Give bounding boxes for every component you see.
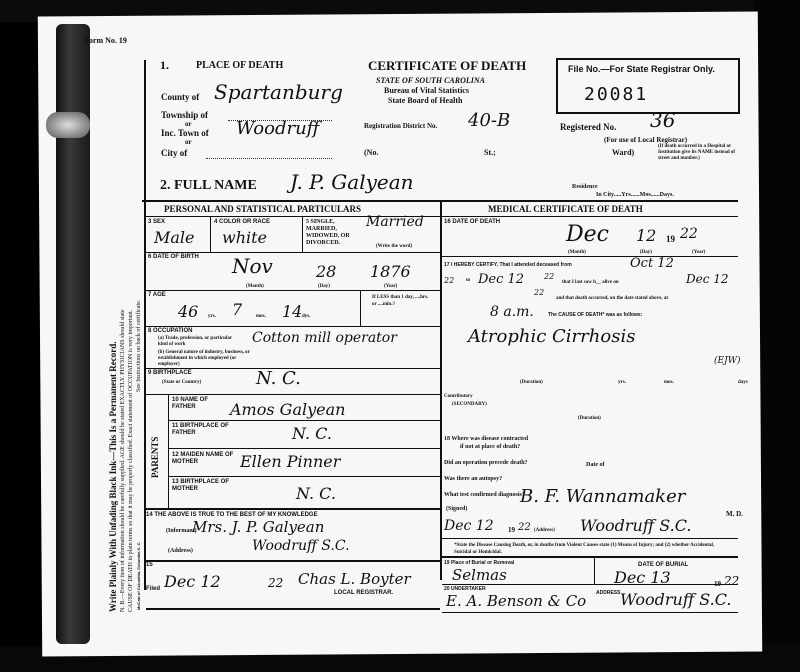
father-value: Amos Galyean: [230, 400, 345, 419]
to-label: to: [466, 278, 470, 283]
margin-instruction-ink: Write Plainly With Unfading Black Ink—Th…: [108, 341, 118, 612]
physician-initials: (EJW): [714, 356, 740, 366]
divider: [146, 290, 440, 291]
marital-note: (Write the word): [376, 244, 412, 249]
dob-month-label: (Month): [246, 284, 264, 289]
attended-from: Oct 12: [630, 256, 674, 271]
file-number-value: 20081: [584, 84, 648, 105]
attended-to-year: 22: [544, 272, 554, 281]
physician-signature: B. F. Wannamaker: [520, 486, 685, 507]
signed-year-prefix: 19: [508, 526, 515, 534]
duration-label-2: (Duration): [578, 416, 601, 421]
town-label: Inc. Town of: [161, 128, 209, 138]
printer-credit: McCaw of Columbia, Columbia S. C.: [136, 542, 141, 610]
place-of-death-heading: PLACE OF DEATH: [196, 60, 283, 71]
duration-label: (Duration): [520, 380, 543, 385]
ward-label: Ward): [612, 148, 634, 157]
divider: [146, 252, 440, 253]
personal-heading: PERSONAL AND STATISTICAL PARTICULARS: [164, 204, 361, 214]
less-than-day-note: If LESS than 1 day, ....hrs. or ....min.…: [372, 294, 432, 308]
occupation-b-label: (b) General nature of industry, business…: [158, 350, 258, 368]
dod-year-label: (Year): [692, 250, 705, 255]
undertaker-value: E. A. Benson & Co: [446, 592, 586, 610]
county-label: County of: [161, 92, 199, 102]
file-number-label: File No.—For State Registrar Only.: [568, 64, 715, 74]
street-no-label: (No.: [364, 148, 378, 157]
duration-yrs: yrs.: [618, 380, 626, 385]
last-saw-value: Dec 12: [686, 272, 729, 286]
divider: [168, 448, 440, 449]
informant-address-value: Woodruff S.C.: [252, 538, 350, 554]
color-label: 4 COLOR OR RACE: [214, 219, 270, 225]
contributory-label: Contributory: [444, 394, 473, 399]
or-label-1: or: [185, 120, 192, 128]
burial-year: 22: [724, 574, 739, 588]
divider: [146, 394, 440, 395]
father-label: 10 NAME OF FATHER: [172, 397, 212, 411]
dod-day: 12: [636, 226, 656, 245]
divider: [146, 508, 440, 510]
certificate-title: CERTIFICATE OF DEATH: [368, 58, 526, 74]
dod-day-label: (Day): [640, 250, 652, 255]
time-of-death: 8 a.m.: [490, 304, 534, 320]
father-birthplace-label: 11 BIRTHPLACE OF FATHER: [172, 423, 242, 437]
city-label: City of: [161, 148, 187, 158]
dod-label: 16 DATE OF DEATH: [444, 219, 500, 225]
duration-days: days: [738, 380, 748, 385]
or-label-2: or: [185, 138, 192, 146]
full-name-label: 2. FULL NAME: [160, 178, 257, 194]
form-number: Form No. 19: [84, 36, 127, 45]
divider: [360, 290, 361, 326]
marital-value: Married: [366, 214, 424, 230]
marital-label: 5 SINGLE, MARRIED, WIDOWED, OR DIVORCED.: [306, 219, 366, 247]
dob-year: 1876: [370, 262, 411, 281]
mother-value: Ellen Pinner: [240, 452, 340, 471]
county-value: Spartanburg: [214, 80, 343, 104]
divider: [442, 556, 738, 558]
physician-address-label: (Address): [534, 528, 555, 533]
occupation-label: 8 OCCUPATION: [148, 328, 192, 334]
dob-label: 6 DATE OF BIRTH: [148, 254, 199, 260]
age-days: 14: [282, 302, 302, 321]
color-value: white: [222, 228, 267, 247]
duration-mos: mos.: [664, 380, 674, 385]
age-yrs-unit: yrs.: [208, 314, 216, 319]
age-years: 46: [178, 302, 198, 321]
filed-year: 22: [268, 576, 283, 590]
parents-label: PARENTS: [150, 437, 160, 478]
signed-date: Dec 12: [444, 518, 494, 534]
section-1-number: 1.: [160, 58, 169, 73]
cause-of-death: Atrophic Cirrhosis: [468, 326, 635, 347]
physician-address: Woodruff S.C.: [580, 516, 691, 535]
birthplace-label: 9 BIRTHPLACE: [148, 370, 192, 376]
age-days-unit: dys.: [302, 314, 310, 319]
local-registrar-signature: Chas L. Boyter: [298, 570, 411, 588]
undertaker-address-label: ADDRESS: [596, 590, 620, 596]
last-saw-year: 22: [534, 288, 544, 297]
father-birthplace-value: N. C.: [292, 424, 332, 443]
street-label: St.;: [484, 148, 496, 157]
divider: [210, 216, 211, 252]
dob-year-label: (Year): [384, 284, 397, 289]
occupation-a-label: (a) Trade, profession, or particular kin…: [158, 336, 238, 348]
local-registrar-note: (For use of Local Registrar): [604, 136, 687, 144]
occupation-value: Cotton mill operator: [252, 330, 397, 346]
binder-ring: [46, 112, 90, 138]
registered-label: Registered No.: [560, 122, 616, 132]
certify-label: 17 I HEREBY CERTIFY, That I attended dec…: [444, 262, 572, 268]
reg-district-value: 40-B: [468, 110, 510, 131]
death-occurred-text: and that death occurred, on the date sta…: [556, 296, 668, 301]
dob-day: 28: [316, 262, 336, 281]
informant-address-label: (Address): [168, 548, 193, 554]
cause-label: The CAUSE OF DEATH* was as follows:: [548, 312, 642, 318]
filed-number: 15: [146, 562, 153, 568]
divider: [302, 216, 303, 252]
full-name-value: J. P. Galyean: [290, 170, 414, 194]
margin-instruction-nb: N. B.—Every item of information should b…: [120, 309, 126, 612]
sex-label: 3 SEX: [148, 219, 165, 225]
md-label: M. D.: [726, 510, 743, 518]
divider: [442, 584, 738, 585]
undertaker-address: Woodruff S.C.: [620, 590, 731, 609]
filed-label: Filed: [146, 586, 160, 592]
mother-label: 12 MAIDEN NAME OF MOTHER: [172, 452, 242, 466]
medical-heading: MEDICAL CERTIFICATE OF DEATH: [488, 204, 643, 214]
dod-month-label: (Month): [568, 250, 586, 255]
age-months: 7: [232, 300, 242, 319]
registered-value: 36: [650, 108, 675, 132]
reg-district-label: Registration District No.: [364, 122, 437, 130]
operation-label: Did an operation precede death?: [444, 460, 528, 466]
divider: [168, 476, 440, 477]
divider: [442, 216, 738, 217]
dod-year: 22: [680, 226, 698, 242]
birthplace-state-label: (State or Country): [162, 380, 201, 385]
divider: [146, 326, 440, 327]
margin-instruction-see: See Instructions on back of certificate.: [136, 300, 142, 392]
divider: [146, 608, 440, 610]
birthplace-value: N. C.: [256, 368, 301, 389]
mother-birthplace-value: N. C.: [296, 484, 336, 503]
residence-label: Residence: [572, 184, 598, 190]
cause-footnote: *State the Disease Causing Death, or, in…: [454, 542, 724, 556]
secondary-label: (SECONDARY): [452, 402, 487, 407]
burial-place-value: Selmas: [452, 566, 507, 584]
signed-label: (Signed): [446, 506, 467, 512]
age-label: 7 AGE: [148, 292, 166, 298]
township-label: Township of: [161, 110, 208, 120]
dod-year-prefix: 19: [666, 234, 675, 244]
divider: [442, 538, 738, 539]
autopsy-label: Was there an autopsy?: [444, 476, 502, 482]
margin-instruction-cause: CAUSE OF DEATH in plain terms so that it…: [128, 310, 134, 612]
divider: [168, 420, 440, 421]
column-divider: [440, 202, 442, 580]
dob-day-label: (Day): [318, 284, 330, 289]
contracted-sub: if not at place of death?: [460, 444, 520, 450]
signed-year: 22: [518, 522, 531, 533]
last-saw-label: that I last saw h__ alive on: [562, 280, 619, 285]
dod-month: Dec: [566, 222, 609, 247]
board-name: State Board of Health: [388, 96, 462, 105]
operation-date-label: Date of: [586, 462, 605, 468]
age-mos-unit: mos.: [256, 314, 266, 319]
test-label: What test confirmed diagnosis?: [444, 492, 525, 498]
divider: [442, 612, 738, 613]
bureau-name: Bureau of Vital Statistics: [384, 86, 469, 95]
divider: [594, 558, 595, 584]
sex-value: Male: [154, 228, 195, 247]
filed-date: Dec 12: [164, 572, 221, 591]
attended-from-year: 22: [444, 276, 454, 285]
divider: [168, 394, 169, 508]
contracted-label: 18 Where was disease contracted: [444, 436, 528, 442]
city-field[interactable]: [206, 158, 332, 159]
dob-month: Nov: [232, 254, 273, 278]
divider: [442, 256, 738, 257]
residence-detail: In City.....Yrs......Mos......Days.: [596, 192, 674, 198]
informant-value: Mrs. J. P. Galyean: [192, 518, 324, 536]
local-registrar-label: LOCAL REGISTRAR.: [334, 590, 393, 596]
hospital-note: (If death occurred in a Hospital or Inst…: [658, 144, 740, 162]
left-border: [144, 60, 146, 590]
mother-birthplace-label: 13 BIRTHPLACE OF MOTHER: [172, 479, 242, 493]
state-name: STATE OF SOUTH CAROLINA: [376, 76, 485, 85]
town-value: Woodruff: [236, 118, 319, 139]
divider: [146, 560, 440, 562]
attended-to: Dec 12: [478, 272, 524, 287]
